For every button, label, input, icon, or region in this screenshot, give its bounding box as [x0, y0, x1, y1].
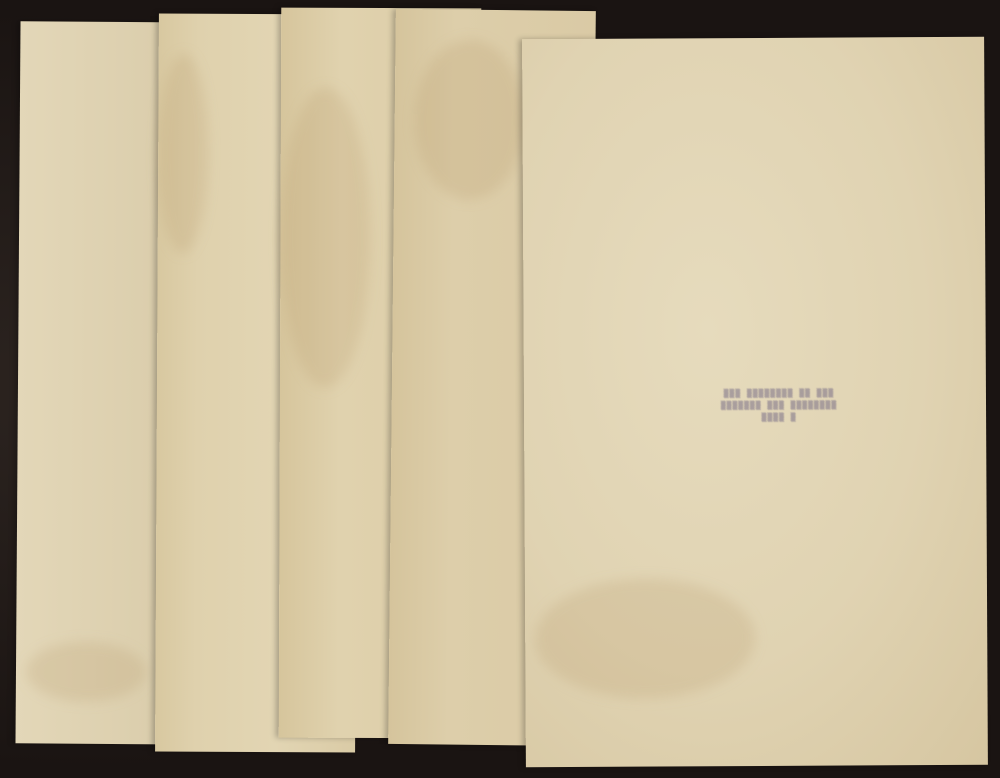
water-stain: [535, 578, 756, 699]
water-stain: [280, 88, 371, 388]
stamp-line-1: ▒▒▒ ▒▒▒▒▒▒▒▒ ▒▒ ▒▒▒: [704, 387, 854, 400]
water-stain: [158, 53, 209, 253]
ink-stamp: ▒▒▒ ▒▒▒▒▒▒▒▒ ▒▒ ▒▒▒ ▒▒▒▒▒▒▒ ▒▒▒ ▒▒▒▒▒▒▒▒…: [704, 387, 854, 430]
stamp-line-2: ▒▒▒▒▒▒▒ ▒▒▒ ▒▒▒▒▒▒▒▒: [704, 399, 854, 412]
paper-sheet-5: ▒▒▒ ▒▒▒▒▒▒▒▒ ▒▒ ▒▒▒ ▒▒▒▒▒▒▒ ▒▒▒ ▒▒▒▒▒▒▒▒…: [522, 37, 988, 767]
stamp-line-3: ▒▒▒▒ ▒: [704, 411, 854, 424]
water-stain: [26, 641, 146, 702]
water-stain: [414, 39, 526, 200]
